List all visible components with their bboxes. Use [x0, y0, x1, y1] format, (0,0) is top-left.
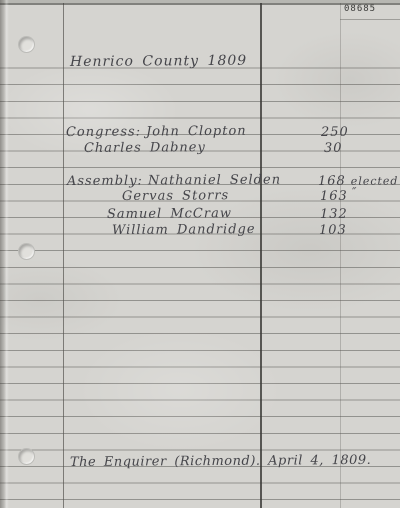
vote-count: 103	[319, 224, 347, 237]
page-top-edge	[0, 3, 400, 5]
vote-count: 163	[320, 190, 348, 203]
punch-hole-top	[18, 36, 35, 53]
page-title: Henrico County 1809	[70, 54, 247, 69]
vote-row-assembly-2: Gervas Storrs	[122, 189, 229, 203]
vote-row-assembly-4: William Dandridge	[112, 223, 256, 237]
vote-row-assembly-3: Samuel McCraw	[107, 207, 232, 221]
vote-column-divider-line	[260, 3, 262, 508]
vote-row-congress-1: Congress:John Clopton	[66, 125, 247, 139]
page-left-edge-shadow	[0, 0, 9, 508]
left-margin-line	[63, 3, 64, 508]
right-column-line	[340, 3, 341, 508]
vote-note: elected	[351, 174, 399, 187]
punch-hole-middle	[18, 243, 35, 260]
vote-count: 30	[324, 142, 343, 155]
catalog-number-stamp: 08685	[344, 4, 376, 14]
source-citation: The Enquirer (Richmond). April 4, 1809.	[70, 454, 371, 469]
candidate-name: John Clopton	[146, 124, 247, 140]
candidate-name: Samuel McCraw	[107, 206, 232, 222]
vote-count: 168elected	[318, 174, 399, 188]
candidate-name: Charles Dabney	[84, 140, 206, 156]
office-label-congress: Congress:	[66, 124, 141, 140]
candidate-name: Gervas Storrs	[122, 188, 229, 204]
scanned-ledger-page: 08685 Henrico County 1809 Congress:John …	[0, 0, 400, 508]
vote-row-assembly-1: Assembly:Nathaniel Selden	[67, 174, 281, 188]
candidate-name: Nathaniel Selden	[148, 173, 281, 189]
punch-hole-bottom	[18, 448, 35, 465]
ditto-mark: ″	[352, 186, 358, 199]
stamp-cell-line	[340, 19, 400, 20]
vote-count: 250	[321, 126, 349, 139]
vote-value: 168	[318, 174, 346, 189]
office-label-assembly: Assembly:	[67, 173, 143, 189]
vote-count: 132	[320, 208, 348, 221]
candidate-name: William Dandridge	[112, 222, 256, 238]
vote-row-congress-2: Charles Dabney	[84, 141, 206, 155]
